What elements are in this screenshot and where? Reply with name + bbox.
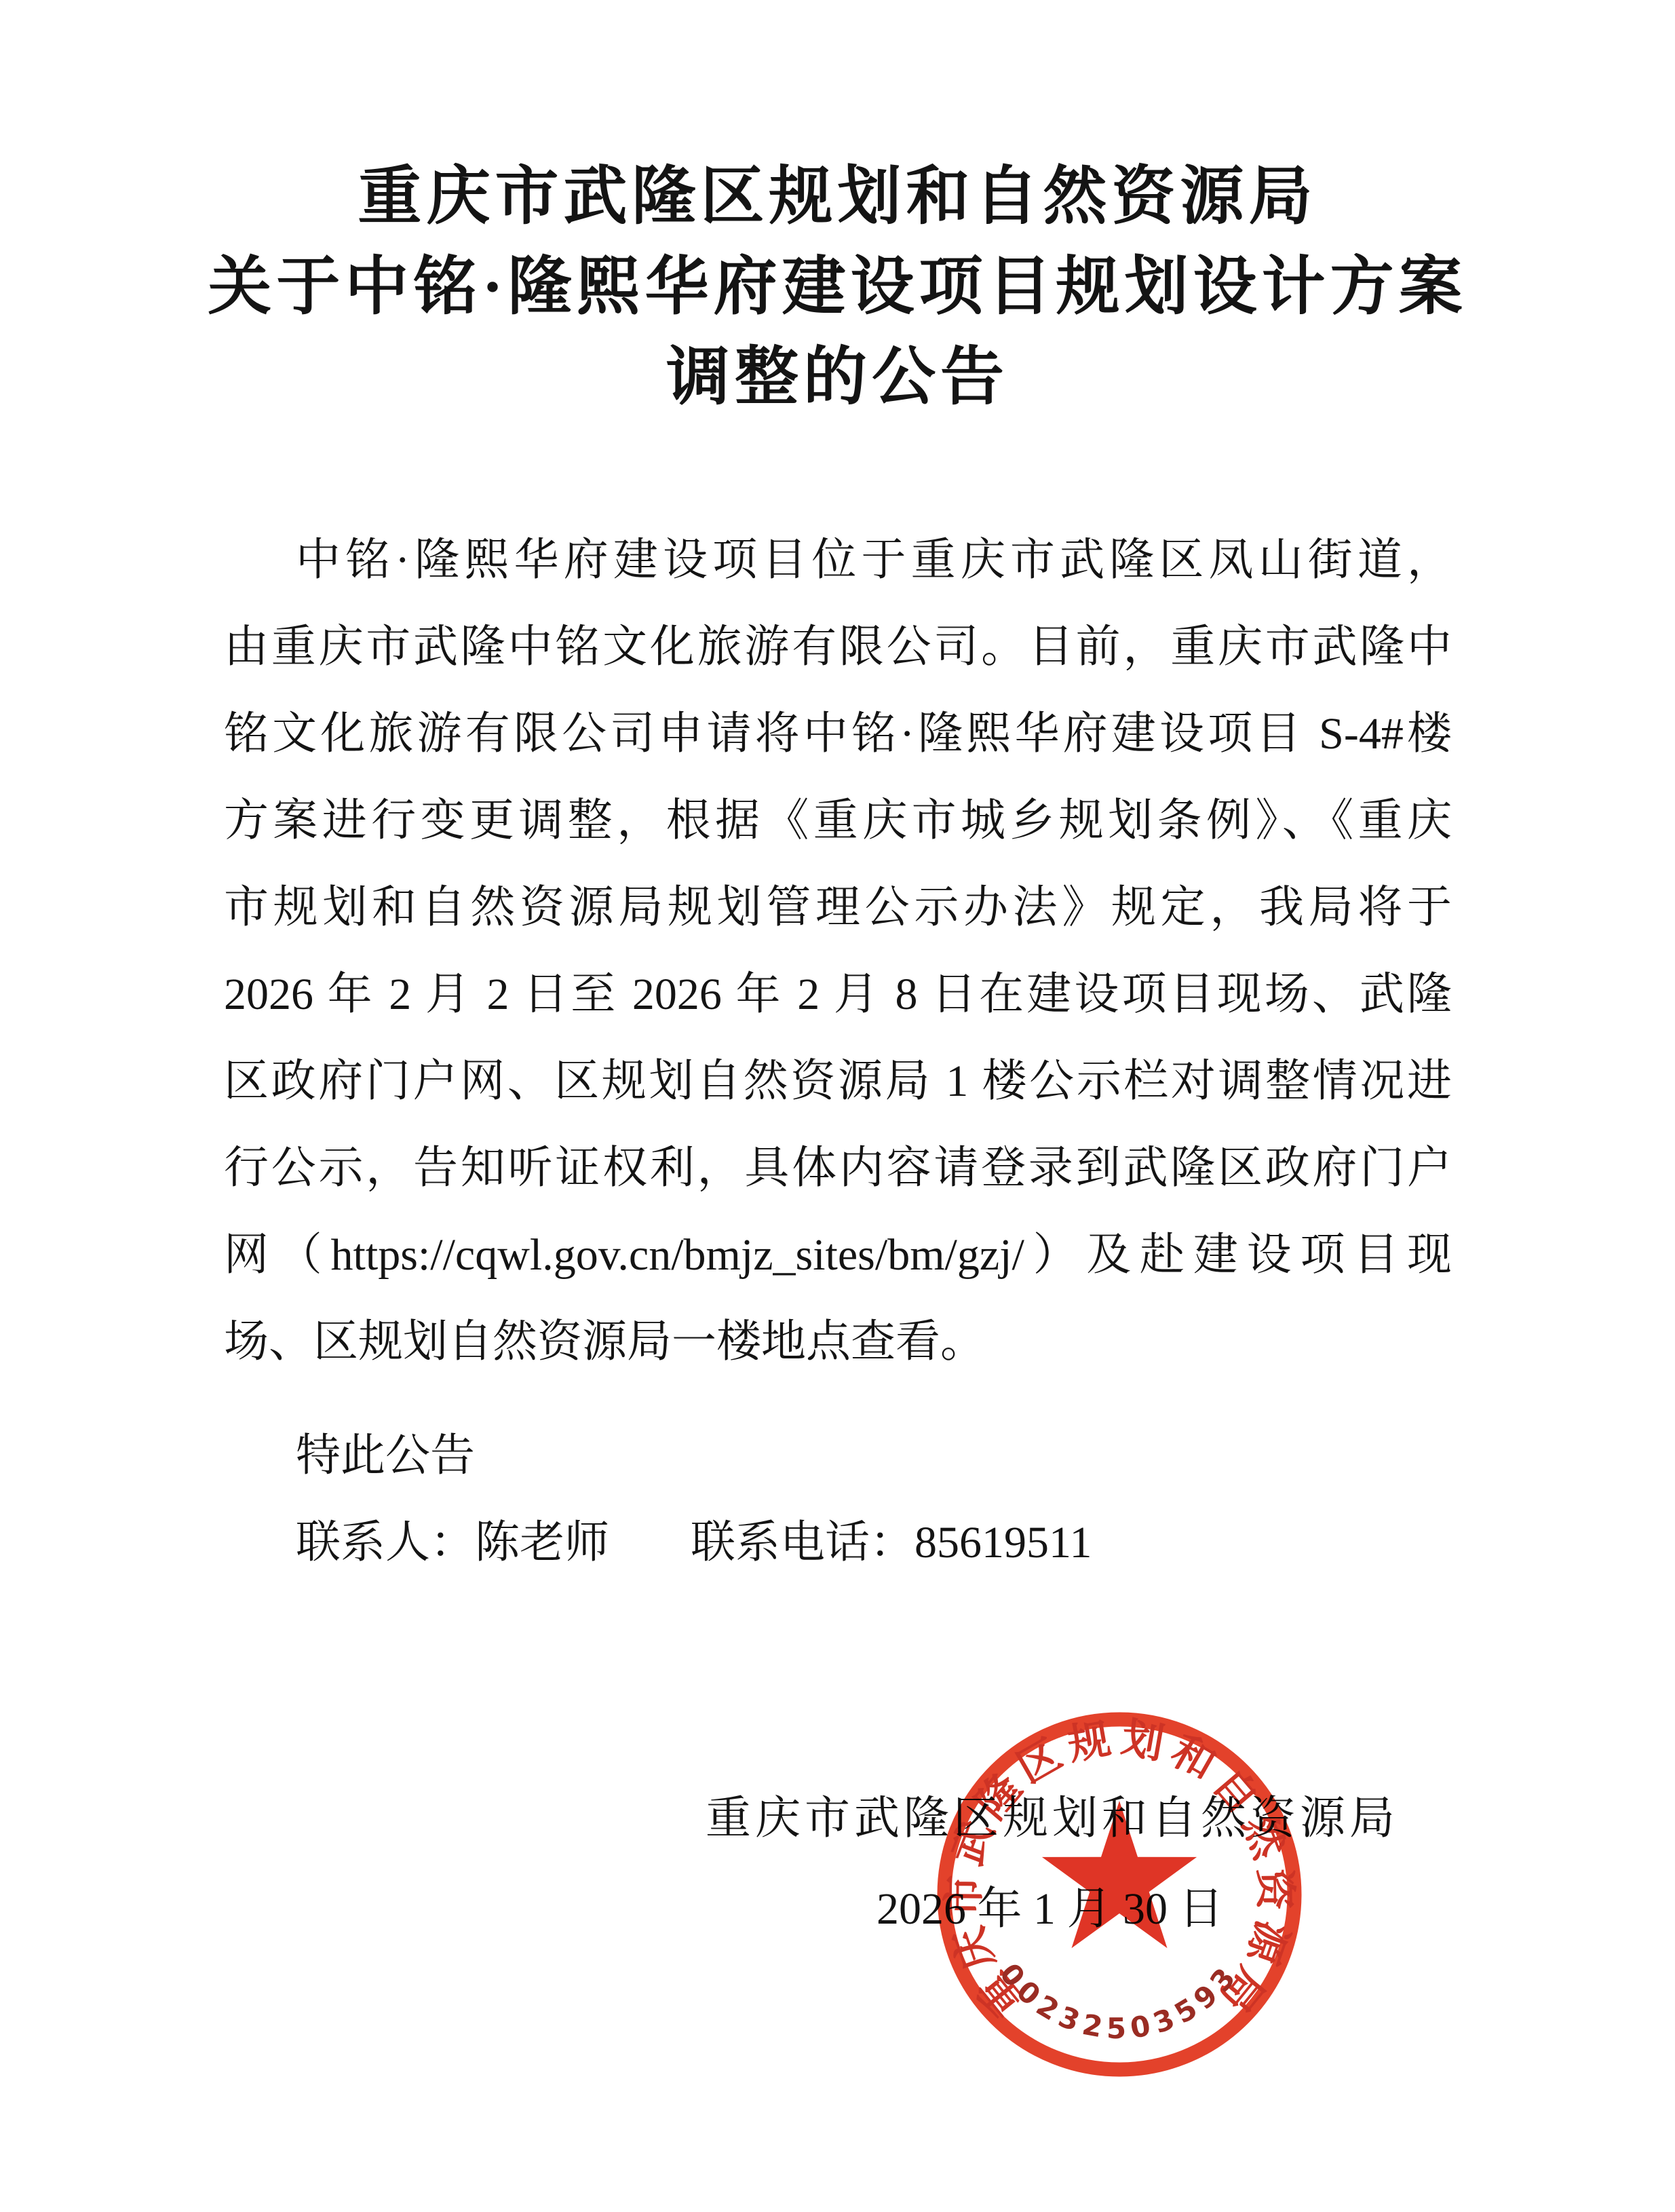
body-line: 网（https://cqwl.gov.cn/bmjz_sites/bm/gzj/… <box>224 1212 1452 1299</box>
body-line: 2026 年 2 月 2 日至 2026 年 2 月 8 日在建设项目现场、武隆 <box>224 951 1452 1038</box>
contact-line: 联系人：陈老师联系电话：85619511 <box>224 1500 1452 1586</box>
seal-star-icon <box>1042 1801 1197 1948</box>
official-seal: 重庆市武隆区规划和自然资源局 5002325035935 <box>923 1698 1316 2091</box>
contact-phone-number: 85619511 <box>914 1518 1092 1567</box>
body-line: 区政府门户网、区规划自然资源局 1 楼公示栏对调整情况进 <box>224 1038 1452 1125</box>
closing-statement: 特此公告 <box>224 1413 1452 1500</box>
body-line: 中铭·隆熙华府建设项目位于重庆市武隆区凤山街道， <box>224 517 1452 604</box>
document-title: 重庆市武隆区规划和自然资源局 关于中铭·隆熙华府建设项目规划设计方案 调整的公告 <box>0 152 1675 423</box>
contact-person-name: 陈老师 <box>475 1518 609 1567</box>
contact-phone-label: 联系电话： <box>691 1518 914 1567</box>
document-body: 中铭·隆熙华府建设项目位于重庆市武隆区凤山街道， 由重庆市武隆中铭文化旅游有限公… <box>224 517 1452 1586</box>
body-line: 场、区规划自然资源局一楼地点查看。 <box>224 1299 1452 1386</box>
body-line: 铭文化旅游有限公司申请将中铭·隆熙华府建设项目 S-4#楼 <box>224 691 1452 778</box>
contact-person-label: 联系人： <box>296 1518 475 1567</box>
title-line-3: 调整的公告 <box>0 332 1675 423</box>
title-line-1: 重庆市武隆区规划和自然资源局 <box>0 152 1675 242</box>
body-line: 行公示，告知听证权利，具体内容请登录到武隆区政府门户 <box>224 1125 1452 1212</box>
body-line: 由重庆市武隆中铭文化旅游有限公司。目前，重庆市武隆中 <box>224 604 1452 691</box>
title-line-2: 关于中铭·隆熙华府建设项目规划设计方案 <box>0 242 1675 332</box>
body-line: 方案进行变更调整，根据《重庆市城乡规划条例》、《重庆 <box>224 778 1452 864</box>
document-page: 重庆市武隆区规划和自然资源局 关于中铭·隆熙华府建设项目规划设计方案 调整的公告… <box>0 0 1675 2212</box>
body-line: 市规划和自然资源局规划管理公示办法》规定，我局将于 <box>224 864 1452 951</box>
